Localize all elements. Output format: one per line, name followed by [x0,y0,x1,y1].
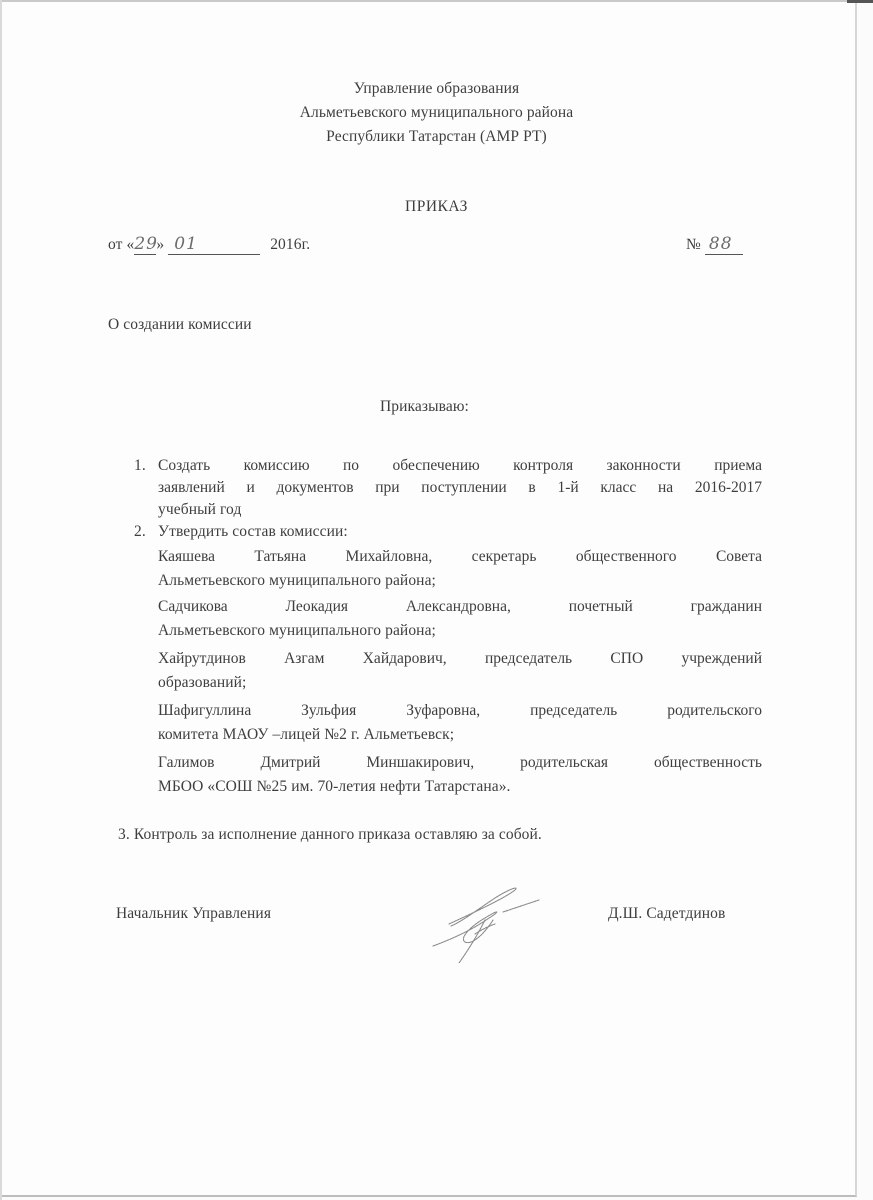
scan-edge-left [0,0,2,1200]
member-5-line-2: МБОО «СОШ №25 им. 70-летия нефти Татарст… [158,778,511,796]
date-day: 29 [134,234,156,255]
header-line-1: Управление образования [0,80,873,98]
member-4-line-1: Шафигуллина Зульфия Зуфаровна, председат… [158,702,762,720]
date-mid: » [156,236,168,253]
document-type: ПРИКАЗ [0,198,873,216]
item-3-text: Контроль за исполнение данного приказа о… [134,826,542,843]
item-2-line-1: Утвердить состав комиссии: [158,523,348,541]
member-3-line-1: Хайрутдинов Азгам Хайдарович, председате… [158,650,762,668]
item-1-line-1: Создать комиссию по обеспечению контроля… [158,457,762,475]
item-1-line-2: заявлений и документов при поступлении в… [158,479,762,497]
handwritten-signature-icon [415,868,555,963]
document-subject: О создании комиссии [108,316,252,334]
item-3-number: 3. [118,826,130,843]
member-4-line-2: комитета МАОУ –лицей №2 г. Альметьевск; [158,726,454,744]
member-3-line-2: образований; [158,674,246,692]
member-1-line-1: Каяшева Татьяна Михайловна, секретарь об… [158,548,762,566]
signatory-name: Д.Ш. Садетдинов [608,905,725,923]
header-line-2: Альметьевского муниципального района [0,104,873,122]
scan-corner-mark [847,0,873,3]
item-3: 3. Контроль за исполнение данного приказ… [118,826,542,844]
date-prefix: от « [108,236,134,253]
signatory-position: Начальник Управления [116,905,271,923]
member-2-line-2: Альметьевского муниципального района; [158,622,436,640]
scan-edge-top [0,0,873,2]
header-line-3: Республики Татарстан (АМР РТ) [0,128,873,146]
date-year: 2016г. [270,236,310,253]
number-label: № [686,236,701,253]
member-2-line-1: Садчикова Леокадия Александровна, почетн… [158,598,762,616]
item-1-line-3: учебный год [158,501,241,519]
item-2-number: 2. [134,523,146,541]
date-month: 01 [168,234,260,255]
order-word: Приказываю: [380,398,469,416]
date-line: от «29» 012016г. [108,234,310,255]
order-number: № 88 [686,234,743,255]
item-1-number: 1. [134,457,146,475]
member-5-line-1: Галимов Дмитрий Миншакирович, родительск… [158,754,762,772]
number-value: 88 [705,234,743,255]
member-1-line-2: Альметьевского муниципального района; [158,572,436,590]
